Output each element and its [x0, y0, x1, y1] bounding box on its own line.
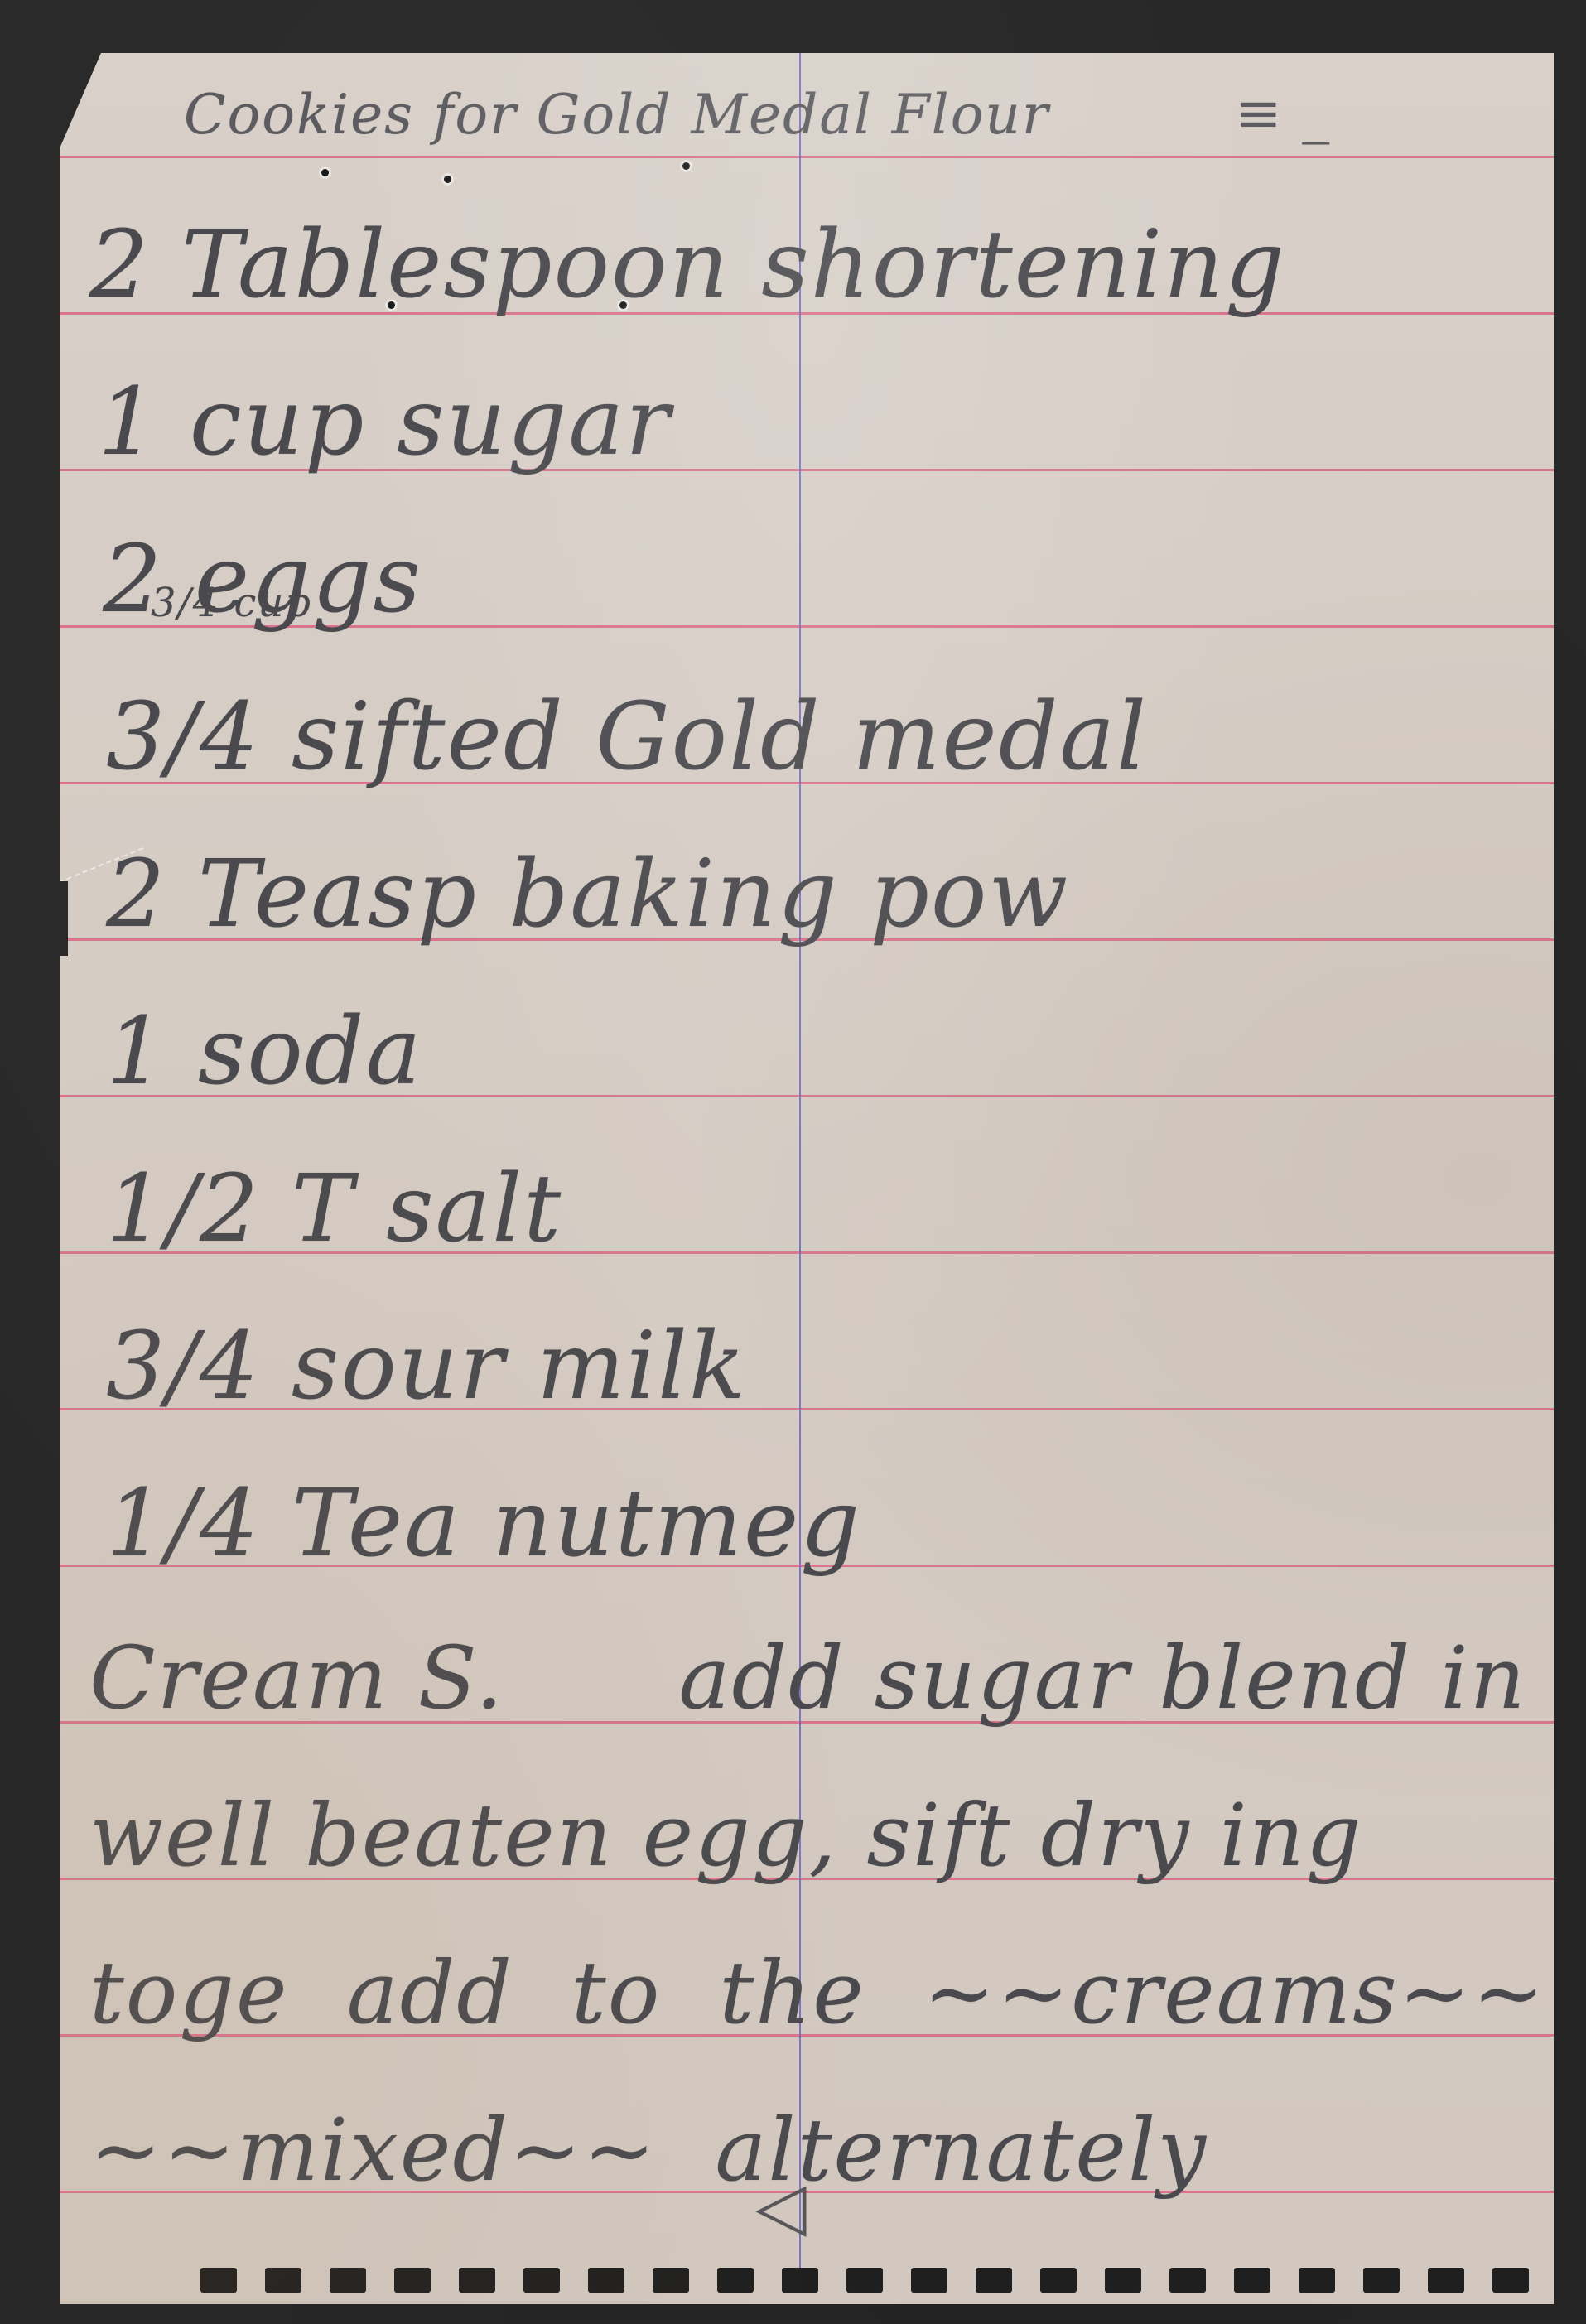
ingredient-line: 2 Teasp baking pow	[106, 848, 1069, 941]
perforation-hole	[1428, 2268, 1464, 2293]
ingredient-line: 3/4 sifted Gold medal	[106, 691, 1148, 784]
perforation-hole	[200, 2268, 237, 2293]
perforation-hole	[717, 2268, 754, 2293]
ingredient-text: sour milk	[292, 1313, 747, 1420]
perforation-hole	[588, 2268, 624, 2293]
margin-line	[799, 53, 801, 2271]
ingredient-annotation: 3/4 cup	[151, 583, 312, 623]
instruction-line: Cream S. add sugar blend in	[89, 1635, 1527, 1721]
perforation-hole	[1363, 2268, 1400, 2293]
perforation-hole	[459, 2268, 495, 2293]
ingredient-amount: 1/2	[106, 1155, 260, 1263]
ingredient-amount: 2	[106, 841, 166, 948]
instruction-line: well beaten egg, sift dry ing	[89, 1792, 1362, 1878]
perforation-hole	[1492, 2268, 1529, 2293]
instruction-line: ~~mixed~~ alternately	[89, 2107, 1208, 2193]
pin-hole	[321, 169, 329, 176]
ingredient-amount: 3/4	[106, 1313, 260, 1420]
notebook-paper: Cookies for Gold Medal Flour ≡ _ 2 Table…	[60, 53, 1554, 2304]
ingredient-line: 1/2 T salt	[106, 1163, 562, 1256]
ingredient-text: Tablespoon shortening	[181, 211, 1286, 319]
perforation-hole	[394, 2268, 431, 2293]
ingredient-amount: 1/4	[106, 1470, 260, 1578]
perforation-row	[200, 2268, 1529, 2293]
paper-edge-notch	[60, 881, 68, 956]
perforation-hole	[846, 2268, 883, 2293]
perforation-hole	[1040, 2268, 1077, 2293]
title-mark: ≡ _	[1236, 86, 1331, 141]
perforation-hole	[523, 2268, 560, 2293]
perforation-hole	[265, 2268, 301, 2293]
perforation-hole	[911, 2268, 947, 2293]
ingredient-line: 3/4 sour milk	[106, 1320, 747, 1413]
ingredient-text: Teasp baking pow	[198, 841, 1069, 948]
pin-hole	[444, 176, 451, 183]
ingredient-amount: 1	[98, 369, 158, 476]
ingredient-amount: 1	[106, 998, 166, 1106]
perforation-hole	[330, 2268, 366, 2293]
ingredient-text: cup sugar	[190, 369, 672, 476]
end-arrow-mark: ◁	[755, 2173, 808, 2240]
perforation-hole	[1299, 2268, 1335, 2293]
instruction-line: toge add to the ~~creams~~	[89, 1950, 1546, 2036]
perforation-hole	[976, 2268, 1012, 2293]
rule-line	[60, 156, 1554, 158]
ingredient-amount: 3/4	[106, 683, 260, 791]
perforation-hole	[1234, 2268, 1270, 2293]
pin-hole	[682, 162, 690, 170]
ingredient-line: 1 cup sugar	[98, 376, 672, 469]
ingredient-text: sifted Gold medal	[292, 683, 1148, 791]
ingredient-line: 2 Tablespoon shortening	[89, 219, 1286, 311]
ingredient-text: soda	[198, 998, 422, 1106]
perforation-hole	[1169, 2268, 1206, 2293]
perforation-hole	[782, 2268, 818, 2293]
ingredient-text: Tea nutmeg	[292, 1470, 861, 1578]
perforation-hole	[1105, 2268, 1141, 2293]
ingredient-text: T salt	[292, 1155, 562, 1263]
recipe-title: Cookies for Gold Medal Flour	[184, 88, 1049, 142]
ingredient-line: 1 soda	[106, 1005, 422, 1098]
ingredient-line: 1/4 Tea nutmeg	[106, 1478, 861, 1570]
perforation-hole	[653, 2268, 689, 2293]
ingredient-amount: 2	[89, 211, 150, 319]
